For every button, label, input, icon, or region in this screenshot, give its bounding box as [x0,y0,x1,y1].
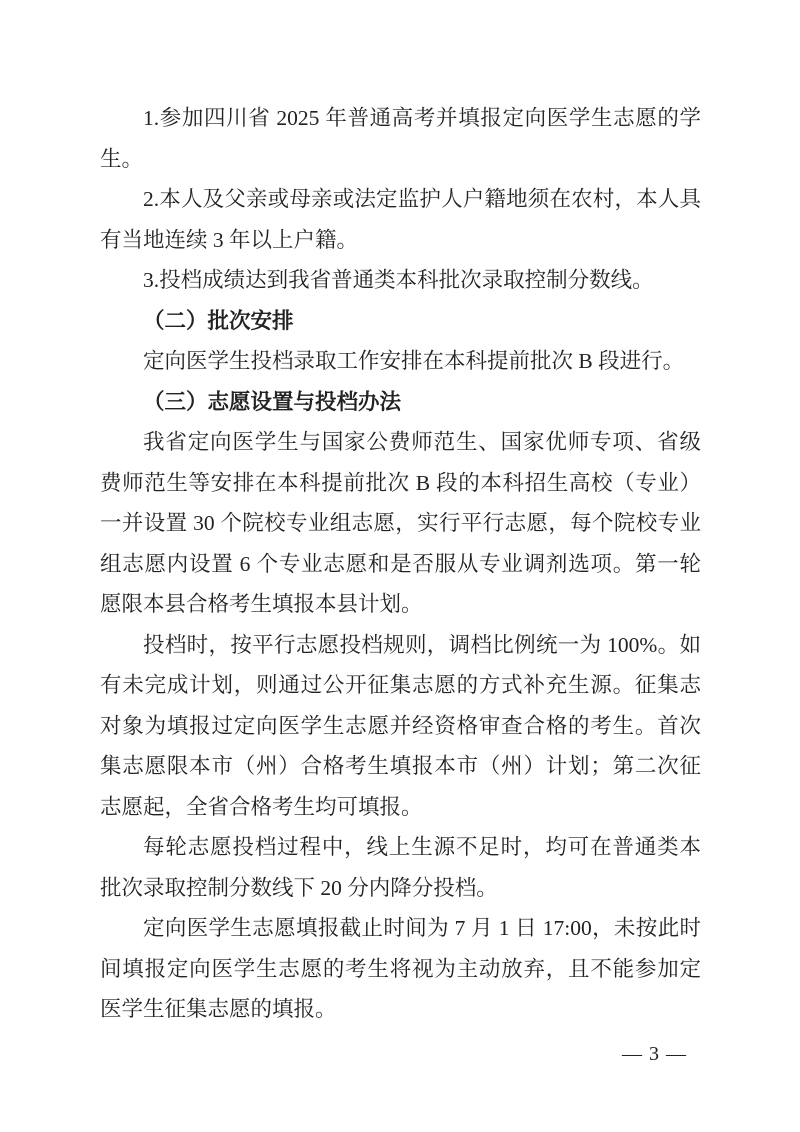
paragraph-eligibility-item-1: 1.参加四川省 2025 年普通高考并填报定向医学生志愿的学生。 [100,98,701,179]
text-line: 集志愿限本市（州）合格考生填报本市（州）计划；第二次征集 [100,746,701,787]
text-line: 投档时，按平行志愿投档规则，调档比例统一为 100%。如 [100,625,701,666]
paragraph-volunteer-setup: 我省定向医学生与国家公费师范生、国家优师专项、省级公费师范生等安排在本科提前批次… [100,422,701,625]
document-body: 1.参加四川省 2025 年普通高考并填报定向医学生志愿的学生。2.本人及父亲或… [100,98,701,1030]
text-line: （三）志愿设置与投档办法 [100,382,701,423]
text-line: 定向医学生投档录取工作安排在本科提前批次 B 段进行。 [100,341,701,382]
text-line: 我省定向医学生与国家公费师范生、国家优师专项、省级公 [100,422,701,463]
text-line: 费师范生等安排在本科提前批次 B 段的本科招生高校（专业） [100,463,701,504]
page-footer: — 3 — [100,1042,701,1066]
text-line: 批次录取控制分数线下 20 分内降分投档。 [100,868,701,909]
text-line: 间填报定向医学生志愿的考生将视为主动放弃，且不能参加定向 [100,949,701,990]
section-heading-3: （三）志愿设置与投档办法 [100,382,701,423]
text-line: 有当地连续 3 年以上户籍。 [100,220,701,261]
paragraph-deadline: 定向医学生志愿填报截止时间为 7 月 1 日 17:00，未按此时间填报定向医学… [100,908,701,1030]
text-line: 每轮志愿投档过程中，线上生源不足时，均可在普通类本科 [100,827,701,868]
page-number: — 3 — [622,1043,687,1065]
text-line: 1.参加四川省 2025 年普通高考并填报定向医学生志愿的学 [100,98,701,139]
document-page: 1.参加四川省 2025 年普通高考并填报定向医学生志愿的学生。2.本人及父亲或… [0,0,800,1132]
text-line: 3.投档成绩达到我省普通类本科批次录取控制分数线。 [100,260,701,301]
paragraph-eligibility-item-2: 2.本人及父亲或母亲或法定监护人户籍地须在农村，本人具有当地连续 3 年以上户籍… [100,179,701,260]
text-line: 生。 [100,139,701,180]
section-heading-2: （二）批次安排 [100,301,701,342]
text-line: 医学生征集志愿的填报。 [100,989,701,1030]
text-line: 志愿起，全省合格考生均可填报。 [100,787,701,828]
paragraph-filing-rules: 投档时，按平行志愿投档规则，调档比例统一为 100%。如有未完成计划，则通过公开… [100,625,701,828]
text-line: （二）批次安排 [100,301,701,342]
paragraph-eligibility-item-3: 3.投档成绩达到我省普通类本科批次录取控制分数线。 [100,260,701,301]
text-line: 2.本人及父亲或母亲或法定监护人户籍地须在农村，本人具 [100,179,701,220]
text-line: 组志愿内设置 6 个专业志愿和是否服从专业调剂选项。第一轮志 [100,544,701,585]
paragraph-batch-arrangement: 定向医学生投档录取工作安排在本科提前批次 B 段进行。 [100,341,701,382]
text-line: 有未完成计划，则通过公开征集志愿的方式补充生源。征集志愿 [100,665,701,706]
text-line: 定向医学生志愿填报截止时间为 7 月 1 日 17:00，未按此时 [100,908,701,949]
text-line: 一并设置 30 个院校专业组志愿，实行平行志愿，每个院校专业 [100,503,701,544]
paragraph-score-reduction: 每轮志愿投档过程中，线上生源不足时，均可在普通类本科批次录取控制分数线下 20 … [100,827,701,908]
text-line: 愿限本县合格考生填报本县计划。 [100,584,701,625]
text-line: 对象为填报过定向医学生志愿并经资格审查合格的考生。首次征 [100,706,701,747]
